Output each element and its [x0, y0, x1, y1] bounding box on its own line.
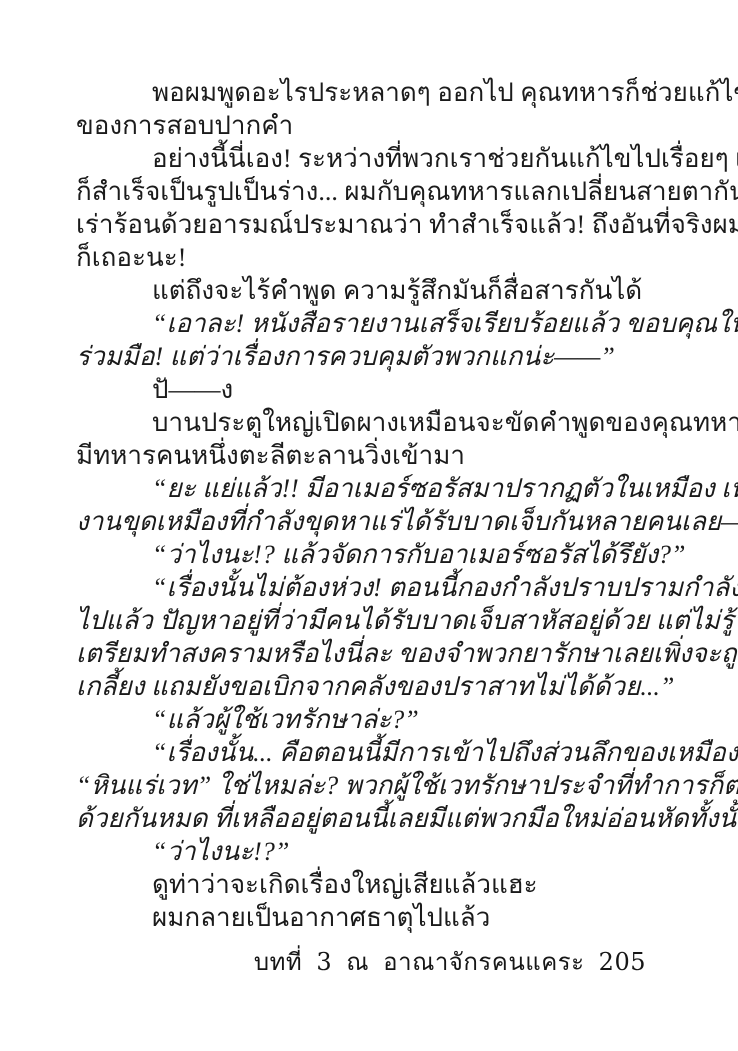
text-line: พอผมพูดอะไรประหลาดๆ ออกไป คุณทหารก็ช่วยแ… — [76, 76, 652, 109]
text-line: เร่าร้อนด้วยอารมณ์ประมาณว่า ทำสำเร็จแล้ว… — [76, 208, 652, 241]
chapter-page-label: บทที่ 3 ณ อาณาจักรคนแคระ 205 — [254, 948, 646, 976]
text-line: ไปแล้ว ปัญหาอยู่ที่ว่ามีคนได้รับบาดเจ็บส… — [76, 604, 652, 637]
text-line: แต่ถึงจะไร้คำพูด ความรู้สึกมันก็สื่อสารก… — [76, 274, 652, 307]
text-line: “เรื่องนั้นไม่ต้องห่วง! ตอนนี้กองกำลังปร… — [76, 571, 652, 604]
text-line: ของการสอบปากคำ — [76, 109, 652, 142]
book-page: พอผมพูดอะไรประหลาดๆ ออกไป คุณทหารก็ช่วยแ… — [0, 0, 738, 1051]
text-line: “เรื่องนั้น... คือตอนนี้มีการเข้าไปถึงส่… — [76, 736, 652, 769]
text-line: “หินแร่เวท” ใช่ไหมล่ะ? พวกผู้ใช้เวทรักษา… — [76, 769, 652, 802]
text-line: “ว่าไงนะ!?” — [76, 835, 652, 868]
text-line: ก็สำเร็จเป็นรูปเป็นร่าง... ผมกับคุณทหารแ… — [76, 175, 652, 208]
text-line: “เอาละ! หนังสือรายงานเสร็จเรียบร้อยแล้ว … — [76, 307, 652, 340]
text-line: เกลี้ยง แถมยังขอเบิกจากคลังของปราสาทไม่ไ… — [76, 670, 652, 703]
page-footer: บทที่ 3 ณ อาณาจักรคนแคระ 205 — [254, 947, 646, 977]
text-line: ร่วมมือ! แต่ว่าเรื่องการควบคุมตัวพวกแกน่… — [76, 340, 652, 373]
text-line: “ว่าไงนะ!? แล้วจัดการกับอาเมอร์ซอรัสได้ร… — [76, 538, 652, 571]
text-line: เตรียมทำสงครามหรือไงนี่ละ ของจำพวกยารักษ… — [76, 637, 652, 670]
body-text: พอผมพูดอะไรประหลาดๆ ออกไป คุณทหารก็ช่วยแ… — [76, 76, 652, 934]
text-line: ผมกลายเป็นอากาศธาตุไปแล้ว — [76, 901, 652, 934]
text-line: ด้วยกันหมด ที่เหลืออยู่ตอนนี้เลยมีแต่พวก… — [76, 802, 652, 835]
text-line: อย่างนี้นี่เอง! ระหว่างที่พวกเราช่วยกันแ… — [76, 142, 652, 175]
text-line: มีทหารคนหนึ่งตะลีตะลานวิ่งเข้ามา — [76, 439, 652, 472]
text-line: “แล้วผู้ใช้เวทรักษาล่ะ?” — [76, 703, 652, 736]
text-line: ดูท่าว่าจะเกิดเรื่องใหญ่เสียแล้วแฮะ — [76, 868, 652, 901]
text-line: “ยะ แย่แล้ว!! มีอาเมอร์ซอรัสมาปรากฏตัวใน… — [76, 472, 652, 505]
text-line: งานขุดเหมืองที่กำลังขุดหาแร่ได้รับบาดเจ็… — [76, 505, 652, 538]
text-line: ก็เถอะนะ! — [76, 241, 652, 274]
text-line: ปั——ง — [76, 373, 652, 406]
text-line: บานประตูใหญ่เปิดผางเหมือนจะขัดคำพูดของคุ… — [76, 406, 652, 439]
